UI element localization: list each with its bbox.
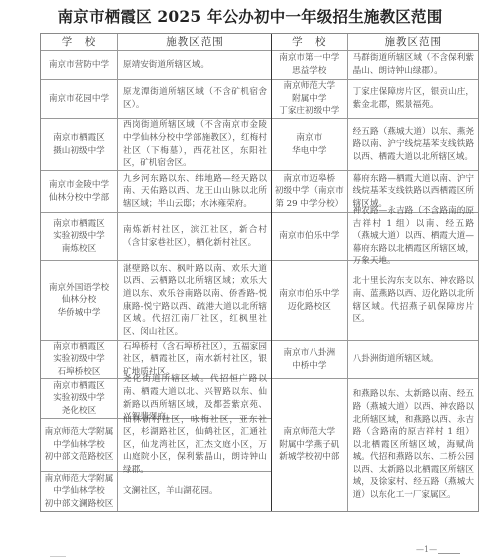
school-name: 南京市栖霞区 实验初级中学 石埠桥校区 bbox=[41, 341, 118, 378]
school-name: 南京市伯乐中学 bbox=[272, 213, 348, 260]
table-right-half: 学 校 施教区范围 南京市第一中学 思益学校 马群街道所辖区域（不含保利紫晶山、… bbox=[271, 34, 478, 511]
school-name: 南京市栖霞区 实验初级中学 南炼校区 bbox=[41, 213, 118, 260]
school-name: 南京市花园中学 bbox=[41, 80, 118, 118]
zone-description: 南炼新村社区，滨江社区，新合村（含甘家巷社区），栖化新村社区。 bbox=[118, 213, 271, 260]
zone-description: 原龙潭街道所辖区域（不含矿机宿舍区）。 bbox=[118, 80, 271, 118]
school-name: 南京市八卦洲 中桥中学 bbox=[272, 341, 348, 378]
school-name: 南京市栖霞区 摄山初级中学 bbox=[41, 119, 118, 170]
table-row: 南京市花园中学 原龙潭街道所辖区域（不含矿机宿舍区）。 bbox=[41, 80, 271, 119]
table-row: 南京市第一中学 思益学校 马群街道所辖区域（不含保利紫晶山、朗诗钟山绿郡）。 bbox=[272, 51, 478, 80]
zone-description: 仙林新村社区，咏梅社区，亚东社区，杉湖路社区，仙鹤社区，汇通社区，仙龙湾社区，汇… bbox=[118, 419, 271, 471]
zone-description: 尧化街道所辖区域。代招恒广路以南、栖霞大道以北、兴智路以东、仙新路以西所辖区域，… bbox=[118, 379, 271, 418]
zone-description: 北十里长沟东支以东、神农路以南、蓝燕路以西、迈化路以北所辖区域。代招燕子矶保障房… bbox=[348, 261, 478, 340]
table-left-half: 学 校 施教区范围 南京市营防中学 原靖安街道所辖区域。 南京市花园中学 原龙潭… bbox=[41, 34, 271, 511]
zone-description: 经五路（燕城大道）以东、燕尧路以南、沪宁线烷基苯支线铁路以西、栖霞大道以北所辖区… bbox=[348, 119, 478, 170]
school-name: 南京市伯乐中学 迈化路校区 bbox=[272, 261, 348, 340]
school-name: 南京市营防中学 bbox=[41, 51, 118, 79]
zone-description: 神农路—永吉路（不含路南的原吉祥村 1 组）以南、经五路（燕城大道）以西、栖霞大… bbox=[348, 213, 478, 260]
school-name: 南京市第一中学 思益学校 bbox=[272, 51, 348, 79]
table-row: 南京外国语学校 仙林分校 华侨城中学 湛壁路以东、枫叶路以南、欢乐大道以西、云栖… bbox=[41, 261, 271, 341]
zone-description: 丁家庄保障房片区，银贡山庄，紫金北郡，熙景福苑。 bbox=[348, 80, 478, 118]
school-name: 南京师范大学 附属中学燕子矶 新城学校初中部 bbox=[272, 379, 348, 511]
zone-description: 湛壁路以东、枫叶路以南、欢乐大道以西、云栖路以北所辖区域；欢乐大道以东、欢乐谷南… bbox=[118, 261, 271, 340]
school-name: 南京师范大学 附属中学 丁家庄初级中学 bbox=[272, 80, 348, 118]
table-row: 南京师范大学 附属中学燕子矶 新城学校初中部 和燕路以东、太新路以南、经五路（燕… bbox=[272, 379, 478, 511]
school-name: 南京市金陵中学 仙林分校中学部 bbox=[41, 171, 118, 212]
footer-divider bbox=[50, 556, 66, 557]
school-name: 南京市 华电中学 bbox=[272, 119, 348, 170]
zone-description: 和燕路以东、太新路以南、经五路（燕城大道）以西、神农路以北所辖区域，和燕路以西、… bbox=[348, 379, 478, 511]
table-row: 南京市八卦洲 中桥中学 八卦洲街道所辖区域。 bbox=[272, 341, 478, 379]
table-row: 南京市 华电中学 经五路（燕城大道）以东、燕尧路以南、沪宁线烷基苯支线铁路以西、… bbox=[272, 119, 478, 171]
page-title: 南京市栖霞区 2025 年公办初中一年级招生施教区范围 bbox=[0, 5, 500, 27]
page-number: —1— bbox=[416, 545, 437, 554]
page-number-underline bbox=[438, 553, 460, 554]
zone-description: 马群街道所辖区域（不含保利紫晶山、朗诗钟山绿郡）。 bbox=[348, 51, 478, 79]
enrollment-zone-table: 学 校 施教区范围 南京市营防中学 原靖安街道所辖区域。 南京市花园中学 原龙潭… bbox=[40, 33, 479, 512]
school-name: 南京市栖霞区 实验初级中学 尧化校区 bbox=[41, 379, 118, 418]
school-name: 南京市迈皋桥 初级中学（南京市 第 29 中学分校） bbox=[272, 171, 348, 212]
header-area: 施教区范围 bbox=[118, 34, 271, 50]
header-area: 施教区范围 bbox=[348, 34, 478, 50]
school-name: 南京师范大学附属 中学仙林学校 初中部文范路校区 bbox=[41, 419, 118, 471]
table-row: 南京师范大学 附属中学 丁家庄初级中学 丁家庄保障房片区，银贡山庄，紫金北郡，熙… bbox=[272, 80, 478, 119]
zone-description: 八卦洲街道所辖区域。 bbox=[348, 341, 478, 378]
table-row: 南京市栖霞区 实验初级中学 南炼校区 南炼新村社区，滨江社区，新合村（含甘家巷社… bbox=[41, 213, 271, 261]
zone-description: 原靖安街道所辖区域。 bbox=[118, 51, 271, 79]
table-row: 南京市伯乐中学 迈化路校区 北十里长沟东支以东、神农路以南、蓝燕路以西、迈化路以… bbox=[272, 261, 478, 341]
header-school: 学 校 bbox=[272, 34, 348, 50]
zone-description: 九乡河东路以东、纬地路—经天路以南、天佑路以西、龙王山山脉以北所辖区域；半山云邸… bbox=[118, 171, 271, 212]
zone-description: 西岗街道所辖区域（不含南京市金陵中学仙林分校中学部施教区），红梅村社区（下梅墓）… bbox=[118, 119, 271, 170]
zone-description: 文澜社区，羊山湖花园。 bbox=[118, 472, 271, 511]
table-row: 南京师范大学附属 中学仙林学校 初中部文范路校区 仙林新村社区，咏梅社区，亚东社… bbox=[41, 419, 271, 472]
table-row: 南京师范大学附属 中学仙林学校 初中部文澜路校区 文澜社区，羊山湖花园。 bbox=[41, 472, 271, 511]
table-row: 南京市营防中学 原靖安街道所辖区域。 bbox=[41, 51, 271, 80]
school-name: 南京师范大学附属 中学仙林学校 初中部文澜路校区 bbox=[41, 472, 118, 511]
school-name: 南京外国语学校 仙林分校 华侨城中学 bbox=[41, 261, 118, 340]
table-row: 南京市金陵中学 仙林分校中学部 九乡河东路以东、纬地路—经天路以南、天佑路以西、… bbox=[41, 171, 271, 213]
table-header-row: 学 校 施教区范围 bbox=[272, 34, 478, 51]
header-school: 学 校 bbox=[41, 34, 118, 50]
table-row: 南京市栖霞区 摄山初级中学 西岗街道所辖区域（不含南京市金陵中学仙林分校中学部施… bbox=[41, 119, 271, 171]
table-row: 南京市伯乐中学 神农路—永吉路（不含路南的原吉祥村 1 组）以南、经五路（燕城大… bbox=[272, 213, 478, 261]
table-header-row: 学 校 施教区范围 bbox=[41, 34, 271, 51]
